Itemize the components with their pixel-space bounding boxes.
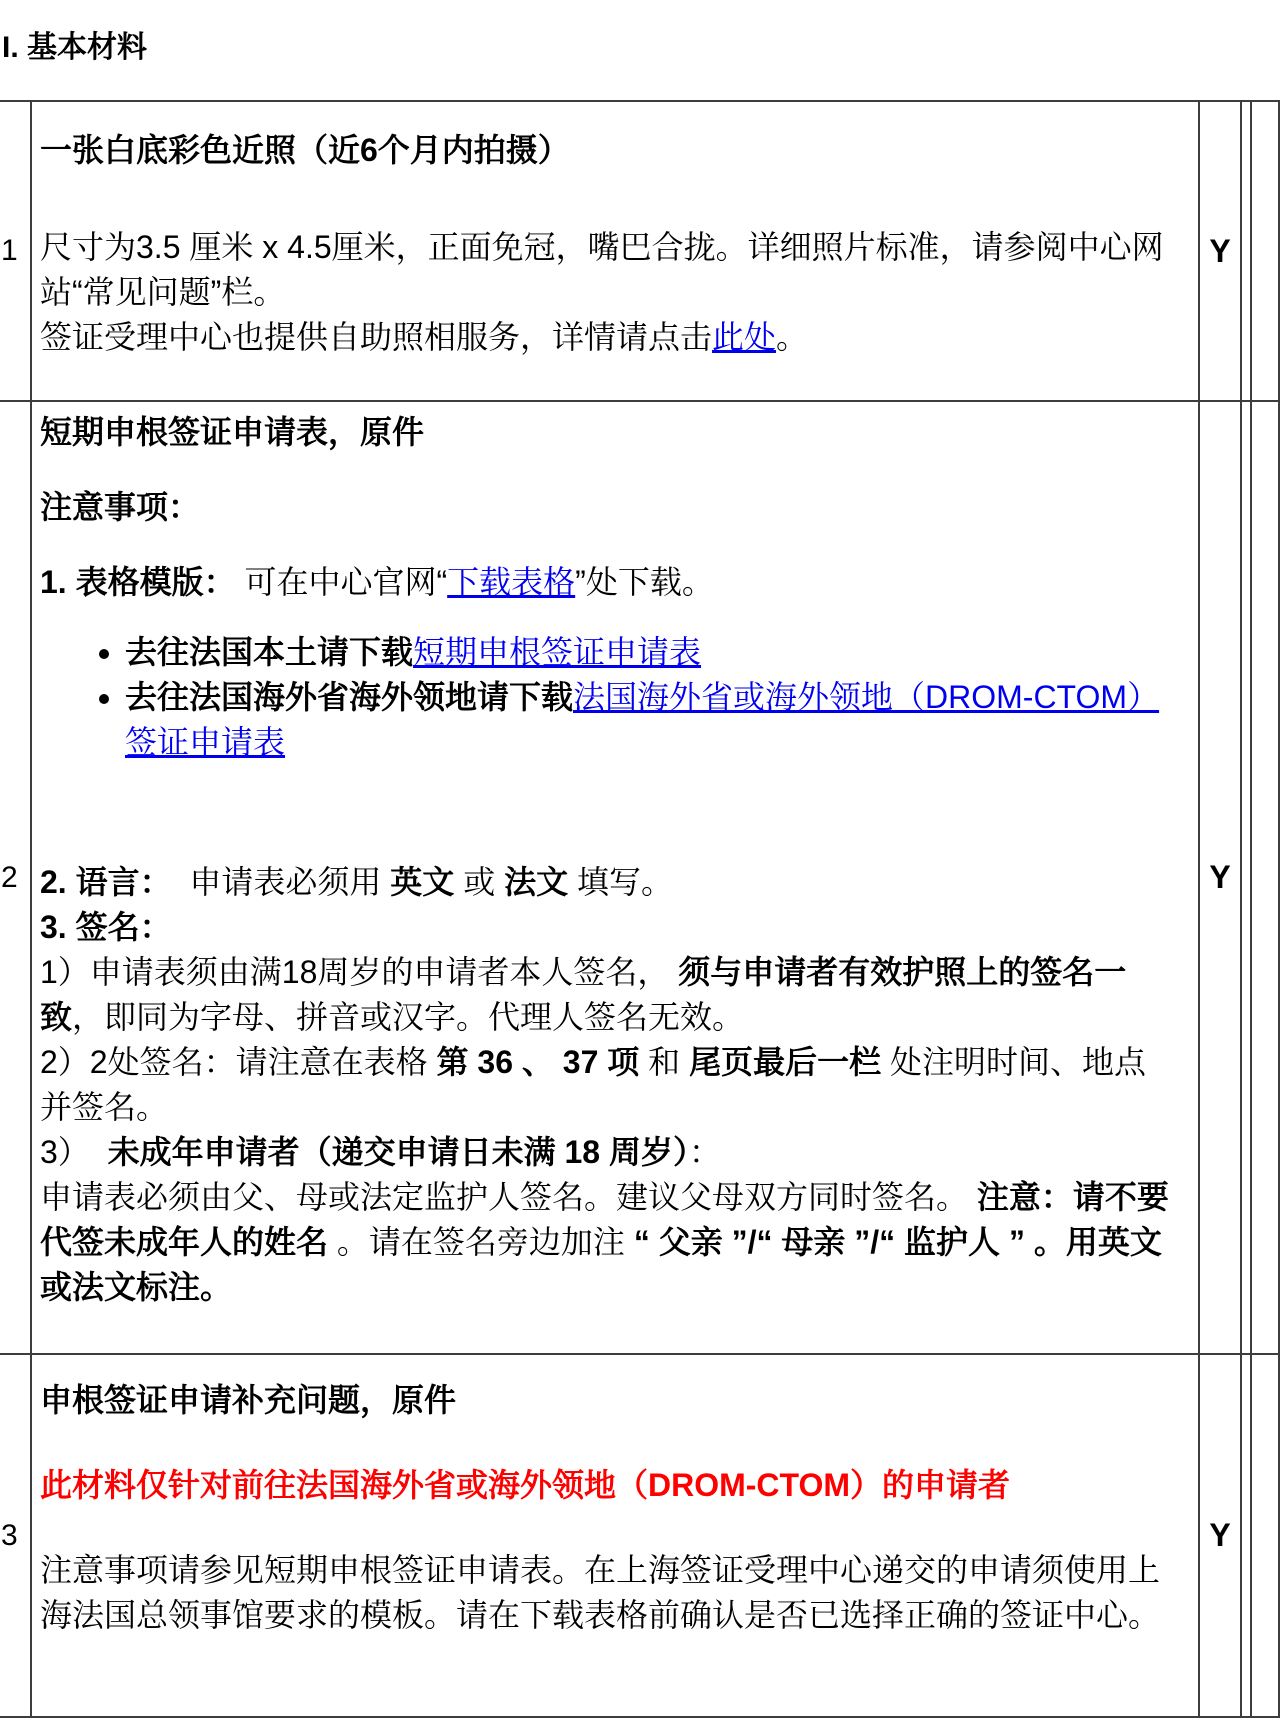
text-segment: 2）2处签名：请注意在表格 bbox=[40, 1044, 437, 1080]
signature-rule-1: 1）申请表须由满18周岁的申请者本人签名， 须与申请者有效护照上的签名一致，即同… bbox=[40, 950, 1172, 1040]
row-number: 2 bbox=[1, 861, 18, 895]
text-segment: 和 bbox=[639, 1044, 689, 1080]
visa-checklist-page: I. 基本材料 1 一张白底彩色近照（近6个月内拍摄） 尺寸为3.5 厘米 x … bbox=[0, 0, 1280, 1729]
text-segment: 去往法国海外省海外领地请下载 bbox=[125, 679, 573, 715]
requirement-detail: 注意事项请参见短期申根签证申请表。在上海签证受理中心递交的申请须使用上海法国总领… bbox=[40, 1548, 1172, 1638]
text-segment: 未成年申请者（递交申请日未满 18 周岁） bbox=[108, 1134, 689, 1170]
text-segment: 法文 bbox=[504, 864, 568, 900]
status-cell bbox=[1250, 402, 1280, 1353]
required-flag: Y bbox=[1209, 1517, 1230, 1554]
text-segment: “ 父亲 ”/“ 母亲 ”/“ 监护人 ” bbox=[634, 1224, 1025, 1260]
text-segment: 英文 bbox=[390, 864, 454, 900]
text-segment: 尺寸为3.5 厘米 x 4.5厘米，正面免冠，嘴巴合拢。详细照片标准，请参阅中心… bbox=[40, 229, 1164, 310]
download-options-list: 去往法国本土请下载短期申根签证申请表 去往法国海外省海外领地请下载法国海外省或海… bbox=[40, 630, 1172, 765]
required-flag-cell: Y bbox=[1200, 1355, 1242, 1716]
row-number: 1 bbox=[1, 234, 18, 268]
table-row: 1 一张白底彩色近照（近6个月内拍摄） 尺寸为3.5 厘米 x 4.5厘米，正面… bbox=[0, 102, 1280, 400]
row-content-cell: 一张白底彩色近照（近6个月内拍摄） 尺寸为3.5 厘米 x 4.5厘米，正面免冠… bbox=[32, 102, 1200, 400]
section-title: I. 基本材料 bbox=[2, 22, 147, 66]
text-segment: 。 bbox=[776, 319, 808, 355]
requirement-title: 一张白底彩色近照（近6个月内拍摄） bbox=[40, 128, 1172, 173]
text-segment: 1）申请表须由满18周岁的申请者本人签名， bbox=[40, 954, 678, 990]
required-flag-cell: Y bbox=[1200, 402, 1242, 1353]
requirement-title: 申根签证申请补充问题，原件 bbox=[40, 1378, 1172, 1423]
form-template-line: 1. 表格模版： 可在中心官网“下载表格”处下载。 bbox=[40, 560, 1172, 605]
drom-ctom-warning: 此材料仅针对前往法国海外省或海外领地（DROM-CTOM）的申请者 bbox=[40, 1463, 1172, 1508]
required-flag-cell: Y bbox=[1200, 102, 1242, 400]
text-segment: 第 36 、 37 项 bbox=[437, 1044, 640, 1080]
text-segment: 或 bbox=[454, 864, 504, 900]
requirement-detail: 尺寸为3.5 厘米 x 4.5厘米，正面免冠，嘴巴合拢。详细照片标准，请参阅中心… bbox=[40, 225, 1172, 315]
requirement-title: 短期申根签证申请表，原件 bbox=[40, 410, 1172, 455]
text-segment: ： bbox=[689, 1134, 721, 1170]
text-segment: 申根签证申请补充问题，原件 bbox=[40, 1382, 456, 1418]
signature-rule-2: 2）2处签名：请注意在表格 第 36 、 37 项 和 尾页最后一栏 处注明时间… bbox=[40, 1040, 1172, 1130]
text-segment: 此材料仅针对前往法国海外省或海外领地（DROM-CTOM）的申请者 bbox=[40, 1467, 1010, 1503]
link-short-stay-application-form[interactable]: 短期申根签证申请表 bbox=[413, 634, 701, 670]
row-content-cell: 短期申根签证申请表，原件 注意事项： 1. 表格模版： 可在中心官网“下载表格”… bbox=[32, 402, 1200, 1353]
text-segment: 可在中心官网“ bbox=[236, 564, 448, 600]
row-number-cell: 3 bbox=[0, 1355, 32, 1716]
text-segment: 2. 语言： bbox=[40, 864, 172, 900]
text-segment: 一张白底彩色近照（近6个月内拍摄） bbox=[40, 132, 570, 168]
text-segment: 3） bbox=[40, 1134, 108, 1170]
row-number: 3 bbox=[1, 1519, 18, 1553]
text-segment: 去往法国本土请下载 bbox=[125, 634, 413, 670]
table-row: 3 申根签证申请补充问题，原件 此材料仅针对前往法国海外省或海外领地（DROM-… bbox=[0, 1353, 1280, 1716]
notes-heading: 注意事项： bbox=[40, 485, 1172, 530]
text-segment: 申请表必须用 bbox=[172, 864, 391, 900]
language-line: 2. 语言： 申请表必须用 英文 或 法文 填写。 bbox=[40, 860, 1172, 905]
required-flag: Y bbox=[1209, 233, 1230, 270]
text-segment: 短期申根签证申请表，原件 bbox=[40, 414, 424, 450]
text-segment: 尾页最后一栏 bbox=[689, 1044, 881, 1080]
row-content-cell: 申根签证申请补充问题，原件 此材料仅针对前往法国海外省或海外领地（DROM-CT… bbox=[32, 1355, 1200, 1716]
link-here[interactable]: 此处 bbox=[712, 319, 776, 355]
text-segment: 签证受理中心也提供自助照相服务，详情请点击 bbox=[40, 319, 712, 355]
column-gap bbox=[1242, 102, 1250, 400]
link-download-forms[interactable]: 下载表格 bbox=[447, 564, 575, 600]
row-number-cell: 2 bbox=[0, 402, 32, 1353]
text-segment: ，即同为字母、拼音或汉字。代理人签名无效。 bbox=[72, 999, 744, 1035]
status-cell bbox=[1250, 1355, 1280, 1716]
minor-applicant-note: 申请表必须由父、母或法定监护人签名。建议父母双方同时签名。 注意：请不要代签未成… bbox=[40, 1175, 1172, 1310]
column-gap bbox=[1242, 1355, 1250, 1716]
text-segment: 注意事项： bbox=[40, 489, 200, 525]
table-row: 2 短期申根签证申请表，原件 注意事项： 1. 表格模版： 可在中心官网“下载表… bbox=[0, 400, 1280, 1353]
list-item: 去往法国海外省海外领地请下载法国海外省或海外领地（DROM-CTOM）签证申请表 bbox=[125, 675, 1172, 765]
required-flag: Y bbox=[1209, 859, 1230, 896]
signature-rule-3: 3） 未成年申请者（递交申请日未满 18 周岁）： bbox=[40, 1130, 1172, 1175]
text-segment: 注意事项请参见短期申根签证申请表。在上海签证受理中心递交的申请须使用上海法国总领… bbox=[40, 1552, 1160, 1633]
text-segment: 申请表必须由父、母或法定监护人签名。建议父母双方同时签名。 bbox=[40, 1179, 977, 1215]
row-number-cell: 1 bbox=[0, 102, 32, 400]
text-segment: 。请在签名旁边加注 bbox=[328, 1224, 634, 1260]
list-item: 去往法国本土请下载短期申根签证申请表 bbox=[125, 630, 1172, 675]
text-segment: 3. 签名： bbox=[40, 909, 172, 945]
text-segment: 填写。 bbox=[568, 864, 673, 900]
column-gap bbox=[1242, 402, 1250, 1353]
requirements-table: 1 一张白底彩色近照（近6个月内拍摄） 尺寸为3.5 厘米 x 4.5厘米，正面… bbox=[0, 100, 1280, 1718]
text-segment: 1. 表格模版： bbox=[40, 564, 236, 600]
text-segment: ”处下载。 bbox=[575, 564, 714, 600]
requirement-detail: 签证受理中心也提供自助照相服务，详情请点击此处。 bbox=[40, 315, 1172, 360]
status-cell bbox=[1250, 102, 1280, 400]
signature-heading: 3. 签名： bbox=[40, 905, 1172, 950]
